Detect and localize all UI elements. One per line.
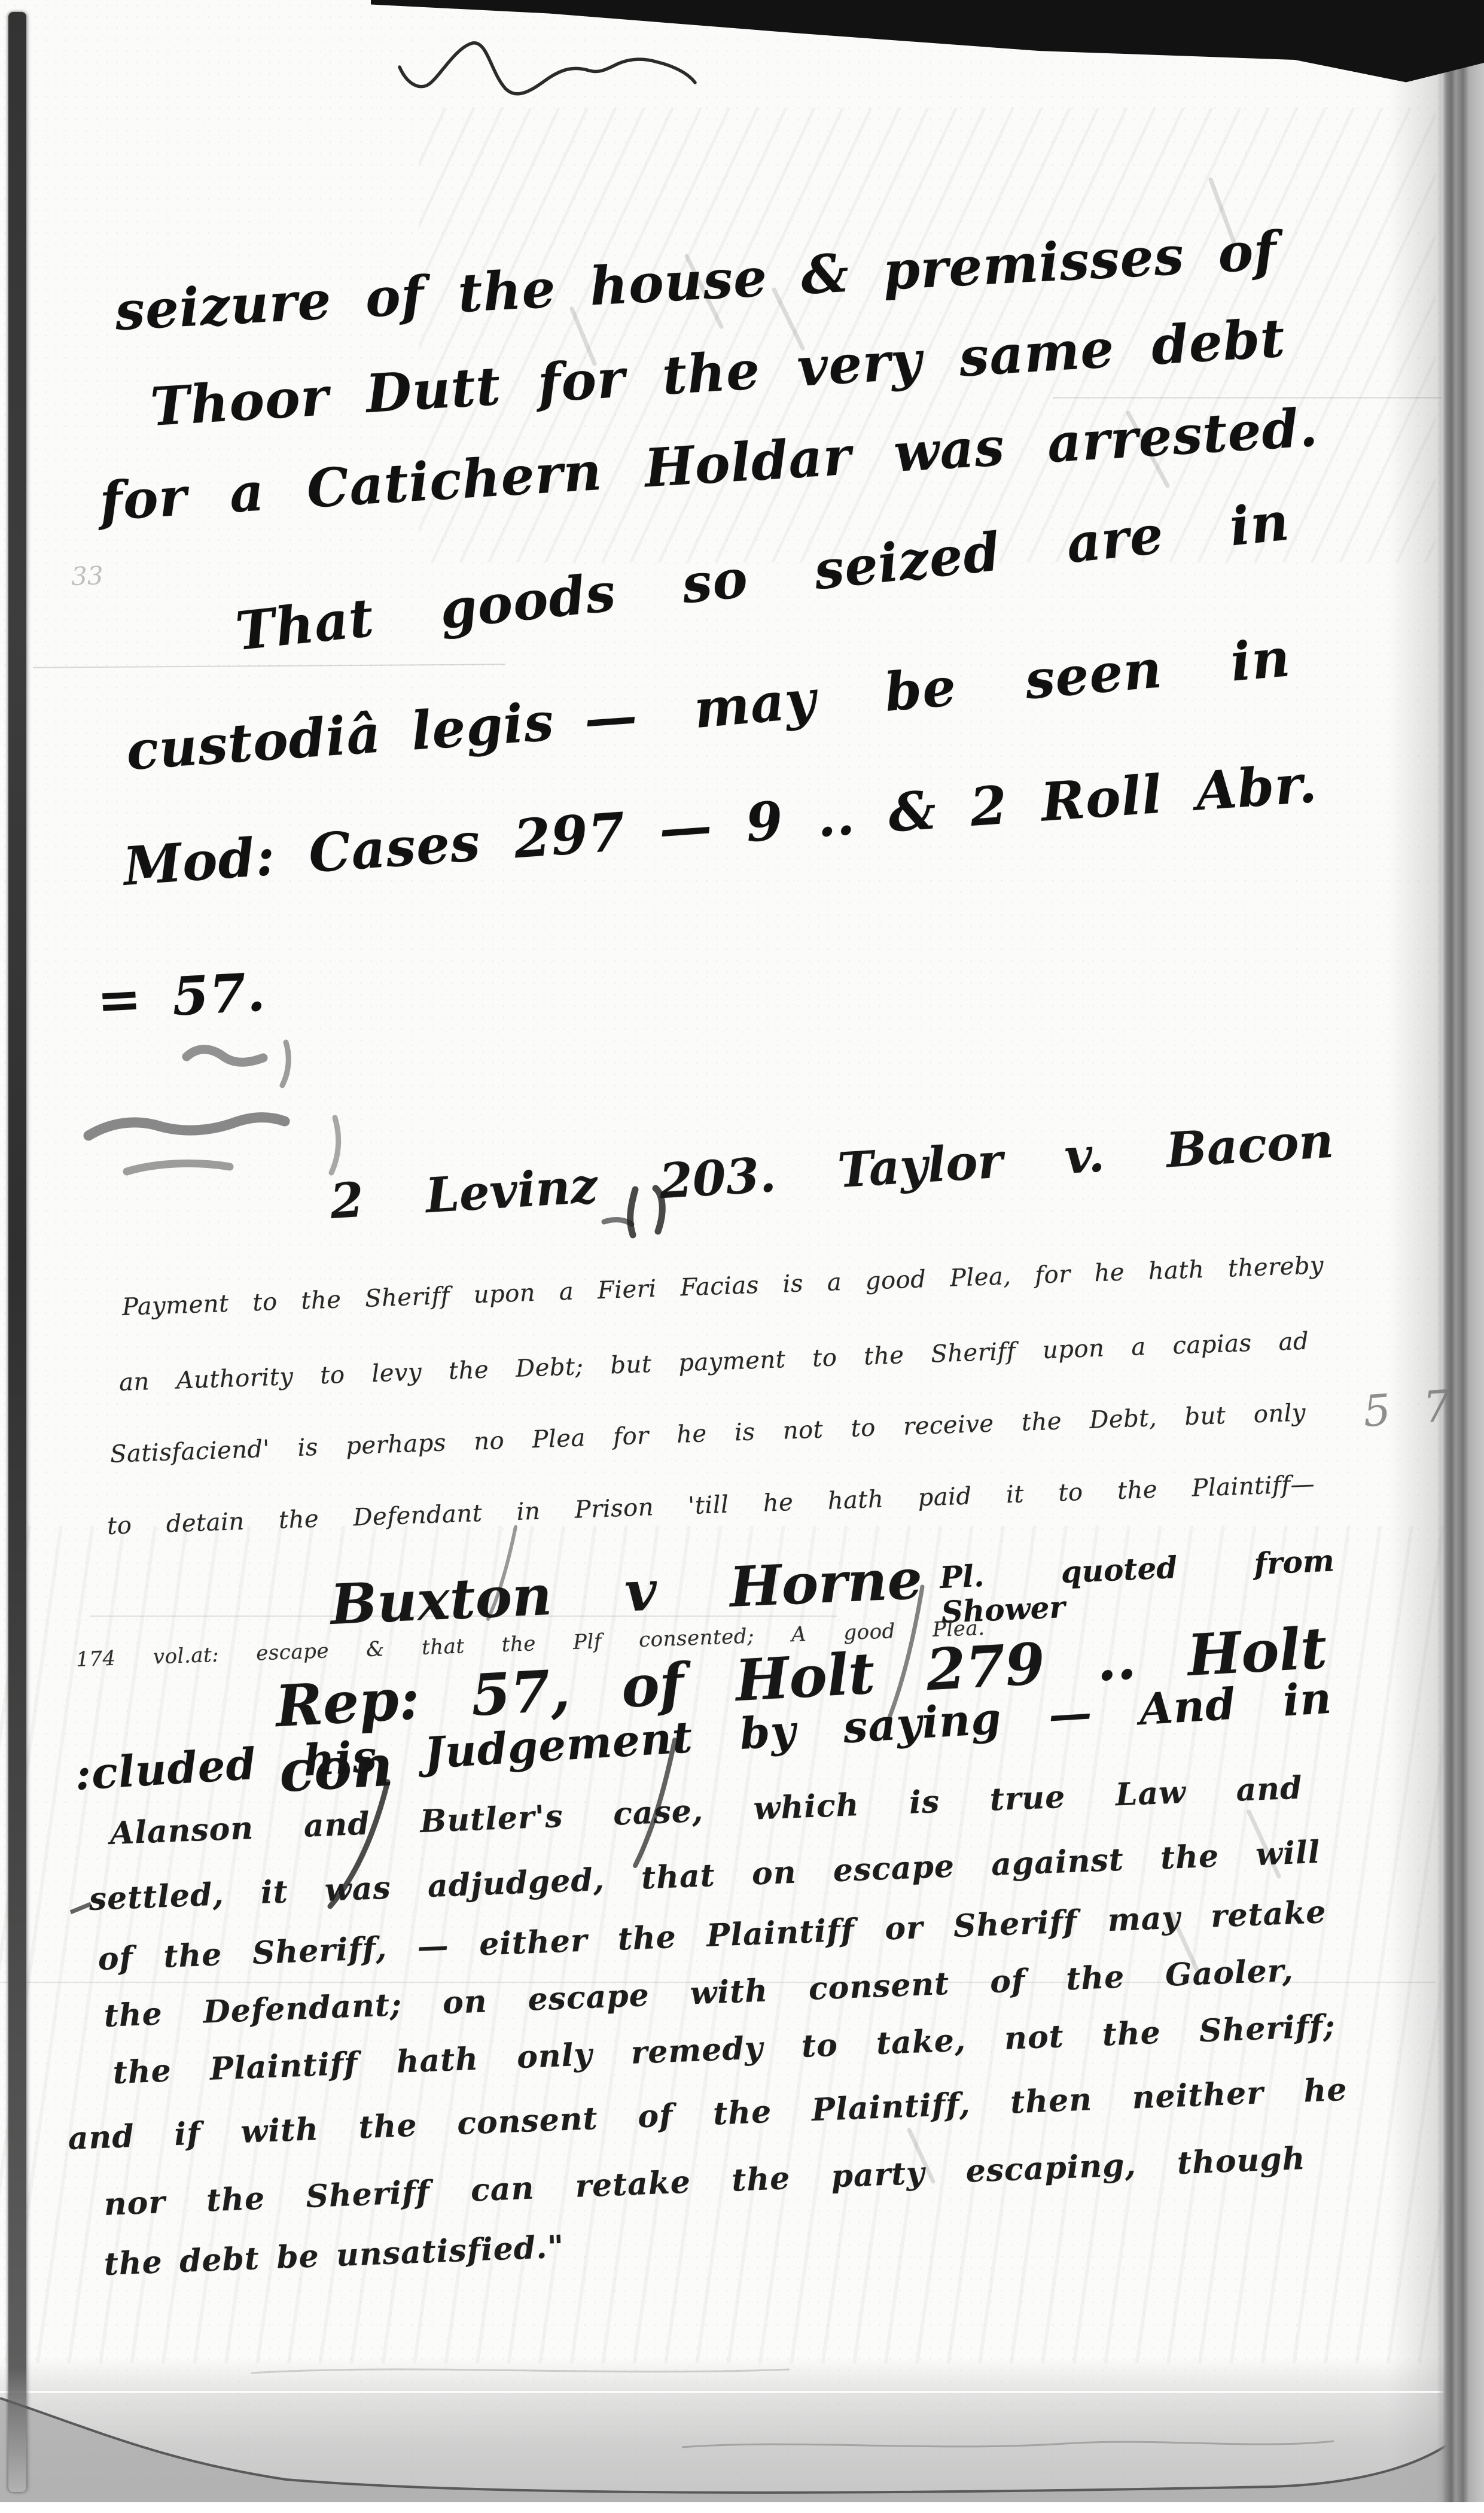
- left-scan-border: [8, 12, 26, 2492]
- white-scratch-line: [0, 2391, 1484, 2393]
- margin-ghost-33: 33: [71, 561, 103, 591]
- ghost-smudge-group: [89, 1042, 339, 1173]
- custodia-note-line-2a: custodiâ legis —: [124, 686, 639, 782]
- taylor-note-line-1: Payment to the Sheriff upon a Fieri Faci…: [121, 1252, 1324, 1321]
- taylor-note-line-2: an Authority to levy the Debt; but payme…: [118, 1328, 1309, 1397]
- scratch-line: [1053, 397, 1442, 398]
- case-heading: 2 Levinz 203. Taylor v. Bacon: [328, 1113, 1334, 1229]
- bottom-scan-band: [0, 2357, 1484, 2504]
- holt-quote-line-8: the debt be unsatisfied.": [103, 2229, 565, 2282]
- wavy-pen-mark: [400, 43, 695, 94]
- margin-tick-mark: [71, 1904, 91, 1912]
- taylor-note-line-3: Satisfaciend' is perhaps no Plea for he …: [109, 1399, 1306, 1468]
- buxton-source: Pl. quoted from Shower: [939, 1543, 1336, 1629]
- scratch-line: [33, 664, 505, 668]
- custodia-note-line-2b: may be seen in: [691, 627, 1293, 740]
- custodia-note-line-3: Mod: Cases 297 — 9 .. & 2 Roll Abr.: [121, 753, 1319, 897]
- taylor-note-line-4: to detain the Defendant in Prison 'till …: [106, 1471, 1315, 1540]
- top-scan-border: [371, 0, 1484, 150]
- bottom-page-edge-fill: [0, 2398, 1484, 2513]
- bottom-page-edge-line: [0, 2398, 1470, 2493]
- manuscript-scan-page: seizure of the house & premisses of Thoo…: [0, 0, 1484, 2513]
- custodia-note-line-4: = 57.: [96, 962, 267, 1031]
- book-edge-band: [1437, 0, 1484, 2513]
- holt-quote-line-7: nor the Sheriff can retake the party esc…: [103, 2141, 1306, 2223]
- bottom-band-wrinkle: [251, 2369, 790, 2373]
- custodia-note-line-1: That goods so seized are in: [233, 491, 1292, 662]
- page-curvature-shadow: [1388, 0, 1442, 2513]
- bottom-white-strip: [0, 2502, 1484, 2513]
- margin-pencil-57: 57: [1361, 1379, 1484, 1437]
- bottom-edge-wrinkle: [682, 2441, 1334, 2447]
